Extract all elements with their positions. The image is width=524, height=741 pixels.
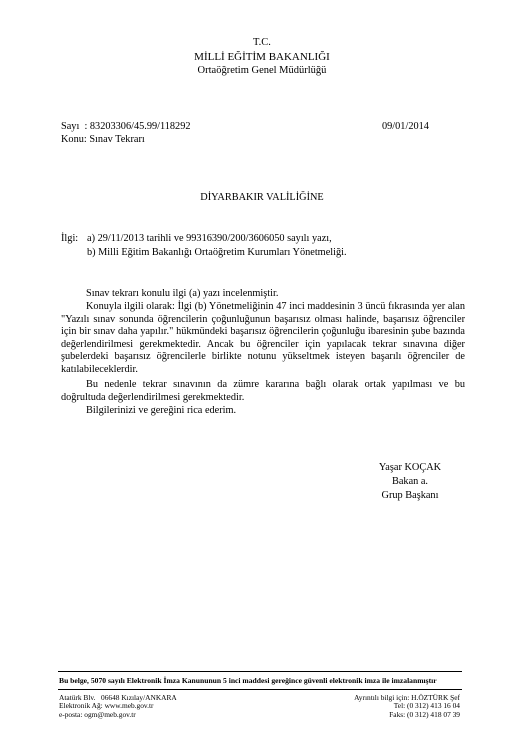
body-paragraph-1: Sınav tekrarı konulu ilgi (a) yazı incel… [61, 288, 465, 301]
footer-contact-left: Atatürk Blv. 06648 Kızılay/ANKARA Elektr… [59, 694, 177, 719]
footer-rule-bottom [58, 689, 462, 690]
sayi-value: : 83203306/45.99/118292 [84, 121, 190, 132]
signatory-role: Grup Başkanı [345, 489, 475, 503]
ilgi-item-a: a) 29/11/2013 tarihli ve 99316390/200/36… [87, 233, 332, 245]
document-date: 09/01/2014 [382, 121, 429, 133]
konu-label: Konu: [61, 134, 87, 145]
sayi-line: Sayı : 83203306/45.99/118292 [61, 121, 191, 133]
body-paragraph-3: Bu nedenle tekrar sınavının da zümre kar… [61, 379, 465, 404]
konu-value: Sınav Tekrarı [89, 134, 144, 145]
esign-notice: Bu belge, 5070 sayılı Elektronik İmza Ka… [59, 676, 437, 685]
signatory-title: Bakan a. [345, 475, 475, 489]
body-paragraph-2: Konuyla ilgili olarak: İlgi (b) Yönetmel… [61, 301, 465, 377]
signature-block: Yaşar KOÇAK Bakan a. Grup Başkanı [345, 461, 475, 503]
konu-line: Konu: Sınav Tekrarı [61, 134, 145, 146]
ilgi-item-b: b) Milli Eğitim Bakanlığı Ortaöğretim Ku… [87, 247, 347, 259]
header-ministry: MİLLİ EĞİTİM BAKANLIĞI [0, 51, 524, 63]
footer-rule-top [58, 671, 462, 672]
footer-contact-right: Ayrıntılı bilgi için: H.ÖZTÜRK Şef Tel: … [300, 694, 460, 719]
body-paragraph-4: Bilgilerinizi ve gereğini rica ederim. [61, 405, 465, 418]
sayi-label: Sayı [61, 121, 79, 132]
footer-fax: Faks: (0 312) 418 07 39 [300, 711, 460, 719]
header-tc: T.C. [0, 37, 524, 48]
header-directorate: Ortaöğretim Genel Müdürlüğü [0, 65, 524, 76]
ilgi-label: İlgi: [61, 233, 78, 245]
signatory-name: Yaşar KOÇAK [345, 461, 475, 475]
recipient: DİYARBAKIR VALİLİĞİNE [0, 192, 524, 204]
footer-email: e-posta: ogm@meb.gov.tr [59, 711, 177, 719]
